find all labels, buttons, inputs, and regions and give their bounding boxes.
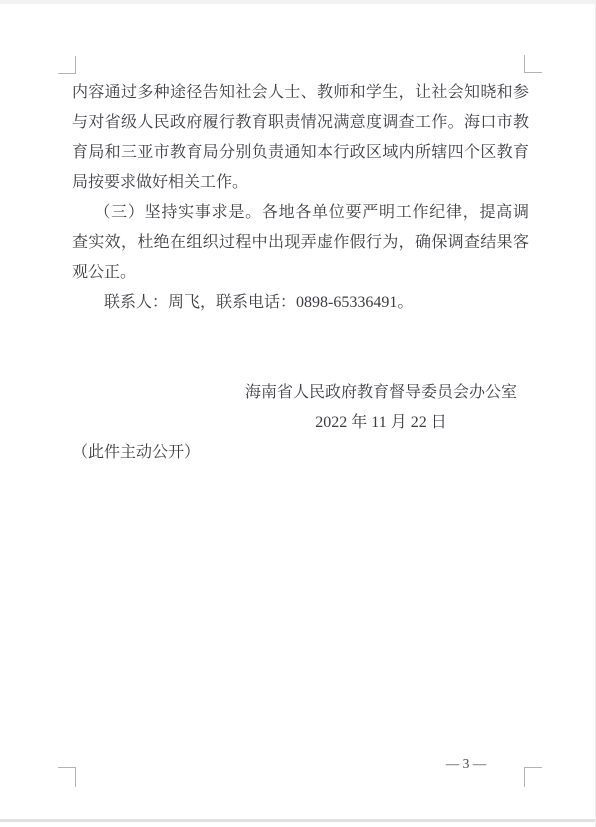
page-top-edge [0, 0, 596, 4]
page-number: — 3 — [436, 755, 496, 773]
paragraph-2: （三）坚持实事求是。各地各单位要严明工作纪律，提高调 查实效，杜绝在组织过程中出… [72, 198, 529, 288]
crop-mark-top-right [524, 55, 542, 73]
document-page: 内容通过多种途径告知社会人士、教师和学生，让社会知晓和参 与对省级人民政府履行教… [0, 0, 596, 827]
issuing-organization: 海南省人民政府教育督导委员会办公室 [245, 378, 517, 408]
crop-mark-bottom-right [524, 767, 542, 787]
body-text-line: （三）坚持实事求是。各地各单位要严明工作纪律，提高调 [72, 198, 529, 228]
page-bottom-edge [0, 819, 596, 822]
issue-date: 2022 年 11 月 22 日 [245, 408, 517, 438]
signature-block: 海南省人民政府教育督导委员会办公室 2022 年 11 月 22 日 [245, 378, 517, 438]
body-text-line: 局按要求做好相关工作。 [72, 168, 529, 198]
body-text-line: 观公正。 [72, 258, 529, 288]
disclosure-note: （此件主动公开） [72, 438, 529, 468]
document-body: 内容通过多种途径告知社会人士、教师和学生，让社会知晓和参 与对省级人民政府履行教… [72, 78, 529, 468]
crop-mark-bottom-left [58, 767, 76, 787]
body-text-line: 与对省级人民政府履行教育职责情况满意度调查工作。海口市教 [72, 108, 529, 138]
body-text-line: 查实效，杜绝在组织过程中出现弄虚作假行为，确保调查结果客 [72, 228, 529, 258]
contact-line: 联系人：周飞，联系电话：0898-65336491。 [72, 288, 529, 318]
body-text-line: 育局和三亚市教育局分别负责通知本行政区域内所辖四个区教育 [72, 138, 529, 168]
body-text-line: 内容通过多种途径告知社会人士、教师和学生，让社会知晓和参 [72, 78, 529, 108]
crop-mark-top-left [58, 56, 76, 74]
paragraph-1: 内容通过多种途径告知社会人士、教师和学生，让社会知晓和参 与对省级人民政府履行教… [72, 78, 529, 198]
